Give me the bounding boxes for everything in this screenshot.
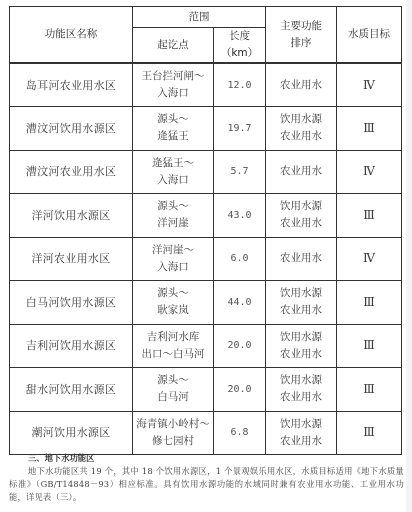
zone-length: 6.8 xyxy=(214,411,266,455)
zone-range: 源头～ 耿家岚 xyxy=(133,281,214,325)
zone-length: 19.7 xyxy=(214,107,266,151)
range-start: 源头～ xyxy=(133,372,213,389)
header-zone-name: 功能区名称 xyxy=(10,7,133,64)
zone-function: 饮用水源 农业用水 xyxy=(266,281,337,325)
range-end: 耿家岚 xyxy=(133,302,213,319)
page-edge xyxy=(406,0,412,512)
range-end: 白马河 xyxy=(133,389,213,406)
zone-range: 海青镇小岭村～ 修七园村 xyxy=(133,411,214,455)
groundwater-section: 三、地下水功能区 地下水功能区共 19 个，其中 18 个饮用水源区，1 个景观… xyxy=(9,452,404,504)
table-row: 吉利河饮用水源区 吉利河水库 出口～白马河 20.0 饮用水源 农业用水 Ⅲ xyxy=(10,324,402,368)
range-start: 源头～ xyxy=(133,111,213,128)
header-length: 长度（km） xyxy=(214,28,266,64)
zone-target: Ⅲ xyxy=(337,281,402,325)
table-header: 功能区名称 范围 主要功能 排序 水质目标 起讫点 长度（km） xyxy=(10,7,402,64)
function-secondary: 农业用水 xyxy=(266,346,336,363)
function-primary: 农业用水 xyxy=(266,250,336,267)
function-primary: 农业用水 xyxy=(266,77,336,94)
range-end: 逄猛王 xyxy=(133,128,213,145)
function-secondary: 农业用水 xyxy=(266,389,336,406)
zone-range: 王台拦河闸～ 入海口 xyxy=(133,63,214,107)
range-end: 修七园村 xyxy=(133,433,213,450)
range-start: 逄猛王～ xyxy=(133,155,213,172)
function-secondary: 农业用水 xyxy=(266,215,336,232)
zone-target: Ⅳ xyxy=(337,150,402,194)
zone-range: 源头～ 洋河崖 xyxy=(133,194,214,238)
zone-function: 农业用水 xyxy=(266,63,337,107)
header-water-quality-target: 水质目标 xyxy=(337,7,402,64)
header-range: 范围 xyxy=(133,7,266,28)
function-secondary: 农业用水 xyxy=(266,302,336,319)
zone-function: 农业用水 xyxy=(266,150,337,194)
function-secondary: 农业用水 xyxy=(266,128,336,145)
function-secondary: 农业用水 xyxy=(266,433,336,450)
header-main-function-line2: 排序 xyxy=(266,35,336,52)
table-row: 岛耳河农业用水区 王台拦河闸～ 入海口 12.0 农业用水 Ⅳ xyxy=(10,63,402,107)
zone-length: 6.0 xyxy=(214,237,266,281)
header-main-function: 主要功能 排序 xyxy=(266,7,337,64)
function-primary: 饮用水源 xyxy=(266,416,336,433)
zone-function: 饮用水源 农业用水 xyxy=(266,324,337,368)
range-start: 王台拦河闸～ xyxy=(133,68,213,85)
zone-name: 岛耳河农业用水区 xyxy=(10,63,133,107)
range-start: 海青镇小岭村～ xyxy=(133,416,213,433)
function-primary: 饮用水源 xyxy=(266,285,336,302)
zone-function: 饮用水源 农业用水 xyxy=(266,368,337,412)
zone-name: 漕汶河农业用水区 xyxy=(10,150,133,194)
range-end: 入海口 xyxy=(133,172,213,189)
range-end: 洋河崖 xyxy=(133,215,213,232)
zone-name: 白马河饮用水源区 xyxy=(10,281,133,325)
zone-length: 44.0 xyxy=(214,281,266,325)
range-end: 出口～白马河 xyxy=(133,346,213,363)
zone-range: 源头～ 逄猛王 xyxy=(133,107,214,151)
zone-range: 逄猛王～ 入海口 xyxy=(133,150,214,194)
header-start-end: 起讫点 xyxy=(133,28,214,64)
zone-function: 饮用水源 农业用水 xyxy=(266,194,337,238)
zone-function: 饮用水源 农业用水 xyxy=(266,411,337,455)
function-primary: 饮用水源 xyxy=(266,329,336,346)
table-row: 甜水河饮用水源区 源头～ 白马河 20.0 饮用水源 农业用水 Ⅲ xyxy=(10,368,402,412)
zone-name: 漕汶河饮用水源区 xyxy=(10,107,133,151)
zone-name: 甜水河饮用水源区 xyxy=(10,368,133,412)
zone-length: 20.0 xyxy=(214,368,266,412)
zone-target: Ⅳ xyxy=(337,63,402,107)
zone-name: 潮河饮用水源区 xyxy=(10,411,133,455)
zone-name: 洋河饮用水源区 xyxy=(10,194,133,238)
zone-function: 饮用水源 农业用水 xyxy=(266,107,337,151)
header-main-function-line1: 主要功能 xyxy=(266,18,336,35)
zone-function: 农业用水 xyxy=(266,237,337,281)
zone-range: 吉利河水库 出口～白马河 xyxy=(133,324,214,368)
water-function-zone-table: 功能区名称 范围 主要功能 排序 水质目标 起讫点 长度（km） 岛耳河农业用水… xyxy=(9,6,402,455)
table-row: 洋河农业用水区 洋河崖～ 入海口 6.0 农业用水 Ⅳ xyxy=(10,237,402,281)
range-start: 吉利河水库 xyxy=(133,329,213,346)
zone-length: 20.0 xyxy=(214,324,266,368)
range-start: 源头～ xyxy=(133,198,213,215)
function-primary: 农业用水 xyxy=(266,163,336,180)
table-row: 洋河饮用水源区 源头～ 洋河崖 43.0 饮用水源 农业用水 Ⅲ xyxy=(10,194,402,238)
range-start: 源头～ xyxy=(133,285,213,302)
range-end: 入海口 xyxy=(133,259,213,276)
table-row: 漕汶河农业用水区 逄猛王～ 入海口 5.7 农业用水 Ⅳ xyxy=(10,150,402,194)
zone-target: Ⅳ xyxy=(337,237,402,281)
section-paragraph: 地下水功能区共 19 个，其中 18 个饮用水源区，1 个景观娱乐用水区，水质目… xyxy=(9,465,404,504)
zone-length: 43.0 xyxy=(214,194,266,238)
table-row: 潮河饮用水源区 海青镇小岭村～ 修七园村 6.8 饮用水源 农业用水 Ⅲ xyxy=(10,411,402,455)
zone-name: 洋河农业用水区 xyxy=(10,237,133,281)
zone-name: 吉利河饮用水源区 xyxy=(10,324,133,368)
function-primary: 饮用水源 xyxy=(266,111,336,128)
zone-length: 5.7 xyxy=(214,150,266,194)
zone-target: Ⅲ xyxy=(337,194,402,238)
zone-target: Ⅲ xyxy=(337,324,402,368)
range-start: 洋河崖～ xyxy=(133,242,213,259)
table-row: 漕汶河饮用水源区 源头～ 逄猛王 19.7 饮用水源 农业用水 Ⅲ xyxy=(10,107,402,151)
zone-range: 源头～ 白马河 xyxy=(133,368,214,412)
zone-target: Ⅲ xyxy=(337,411,402,455)
table-row: 白马河饮用水源区 源头～ 耿家岚 44.0 饮用水源 农业用水 Ⅲ xyxy=(10,281,402,325)
range-end: 入海口 xyxy=(133,85,213,102)
zone-target: Ⅲ xyxy=(337,368,402,412)
zone-range: 洋河崖～ 入海口 xyxy=(133,237,214,281)
zone-length: 12.0 xyxy=(214,63,266,107)
table-body: 岛耳河农业用水区 王台拦河闸～ 入海口 12.0 农业用水 Ⅳ 漕汶河饮用水源区… xyxy=(10,63,402,455)
function-primary: 饮用水源 xyxy=(266,372,336,389)
zone-target: Ⅲ xyxy=(337,107,402,151)
section-heading: 三、地下水功能区 xyxy=(9,452,404,465)
function-primary: 饮用水源 xyxy=(266,198,336,215)
